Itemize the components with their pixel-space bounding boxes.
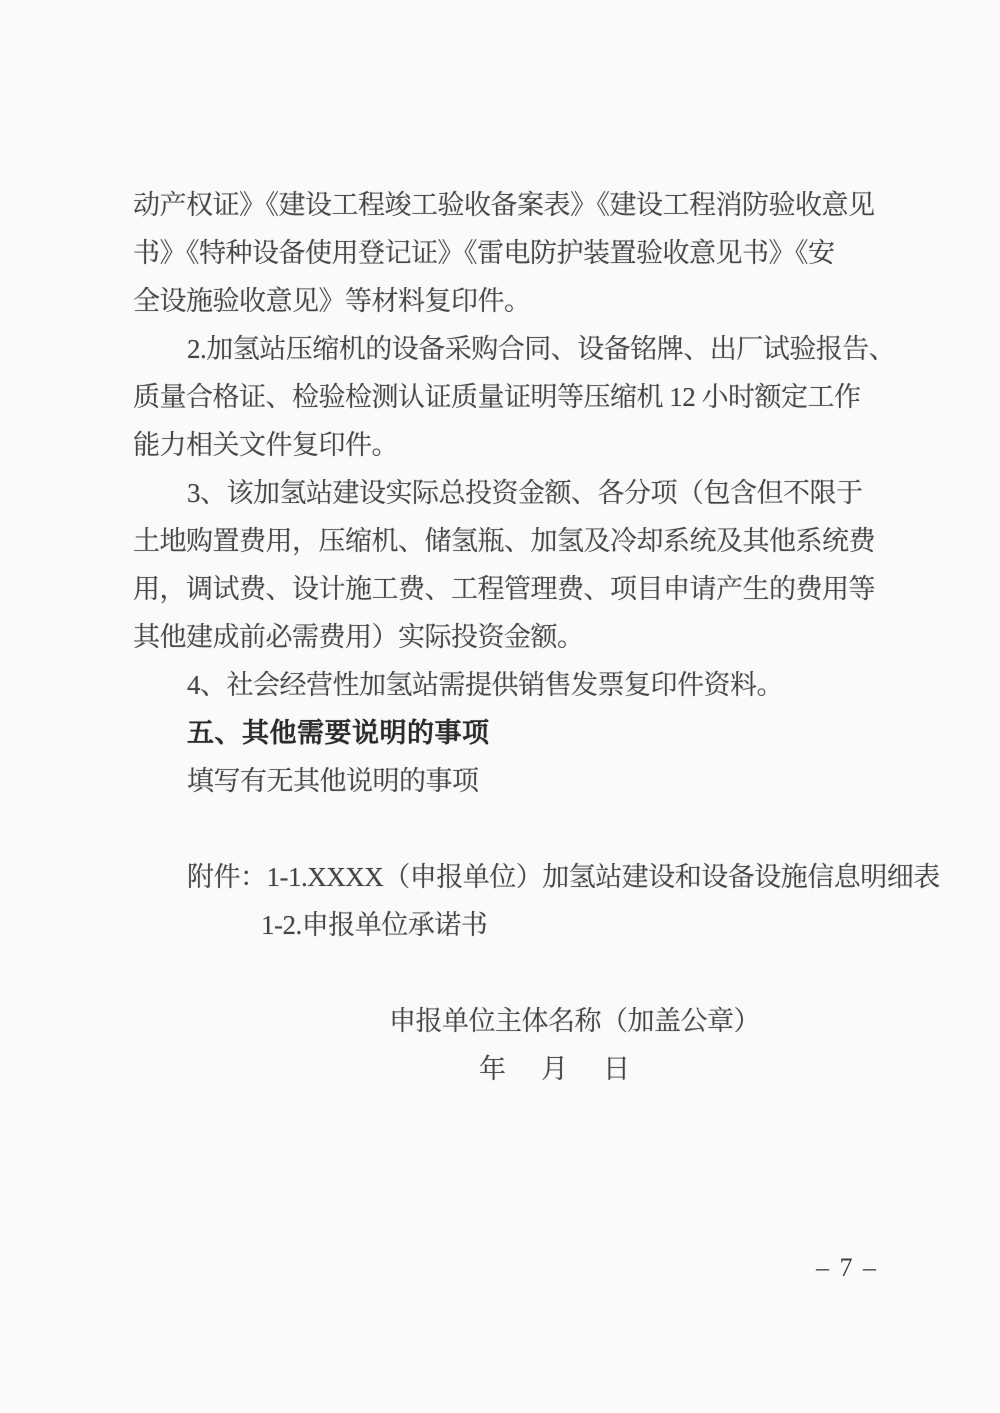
doc-line: 2.加氢站压缩机的设备采购合同、设备铭牌、出厂试验报告、 [133,325,881,373]
attachments-block: 附件：1-1.XXXX（申报单位）加氢站建设和设备设施信息明细表 1-2.申报单… [133,853,881,949]
doc-line: 4、社会经营性加氢站需提供销售发票复印件资料。 [133,661,881,709]
paragraph-3: 3、该加氢站建设实际总投资金额、各分项（包含但不限于 土地购置费用，压缩机、储氢… [133,469,881,661]
attachment-line-1: 附件：1-1.XXXX（申报单位）加氢站建设和设备设施信息明细表 [133,853,881,901]
paragraph-4: 4、社会经营性加氢站需提供销售发票复印件资料。 [133,661,881,709]
doc-line: 其他建成前必需费用）实际投资金额。 [133,613,881,661]
attachment-item-1: 1-1.XXXX（申报单位）加氢站建设和设备设施信息明细表 [267,862,940,892]
doc-line: 能力相关文件复印件。 [133,421,881,469]
blank-line [133,949,881,997]
doc-line: 用，调试费、设计施工费、工程管理费、项目申请产生的费用等 [133,565,881,613]
signature-entity-line: 申报单位主体名称（加盖公章） [133,997,881,1045]
section-heading: 五、其他需要说明的事项 [133,709,881,757]
page-number: – 7 – [816,1244,878,1292]
attachment-item-2: 1-2.申报单位承诺书 [133,901,881,949]
doc-line: 土地购置费用，压缩机、储氢瓶、加氢及冷却系统及其他系统费 [133,517,881,565]
scanned-document-page: 动产权证》《建设工程竣工验收备案表》《建设工程消防验收意见 书》《特种设备使用登… [0,0,1000,1413]
blank-line [133,805,881,853]
doc-line: 3、该加氢站建设实际总投资金额、各分项（包含但不限于 [133,469,881,517]
signature-date-line: 年 月 日 [133,1045,881,1093]
doc-line: 质量合格证、检验检测认证质量证明等压缩机 12 小时额定工作 [133,373,881,421]
paragraph-1: 动产权证》《建设工程竣工验收备案表》《建设工程消防验收意见 书》《特种设备使用登… [133,181,881,325]
paragraph-2: 2.加氢站压缩机的设备采购合同、设备铭牌、出厂试验报告、 质量合格证、检验检测认… [133,325,881,469]
doc-line: 动产权证》《建设工程竣工验收备案表》《建设工程消防验收意见 [133,181,881,229]
signature-block: 申报单位主体名称（加盖公章） 年 月 日 [133,997,881,1093]
doc-line: 全设施验收意见》等材料复印件。 [133,277,881,325]
attachments-label: 附件： [187,862,267,892]
document-body: 动产权证》《建设工程竣工验收备案表》《建设工程消防验收意见 书》《特种设备使用登… [133,181,881,1093]
note-line: 填写有无其他说明的事项 [133,757,881,805]
doc-line: 书》《特种设备使用登记证》《雷电防护装置验收意见书》《安 [133,229,881,277]
